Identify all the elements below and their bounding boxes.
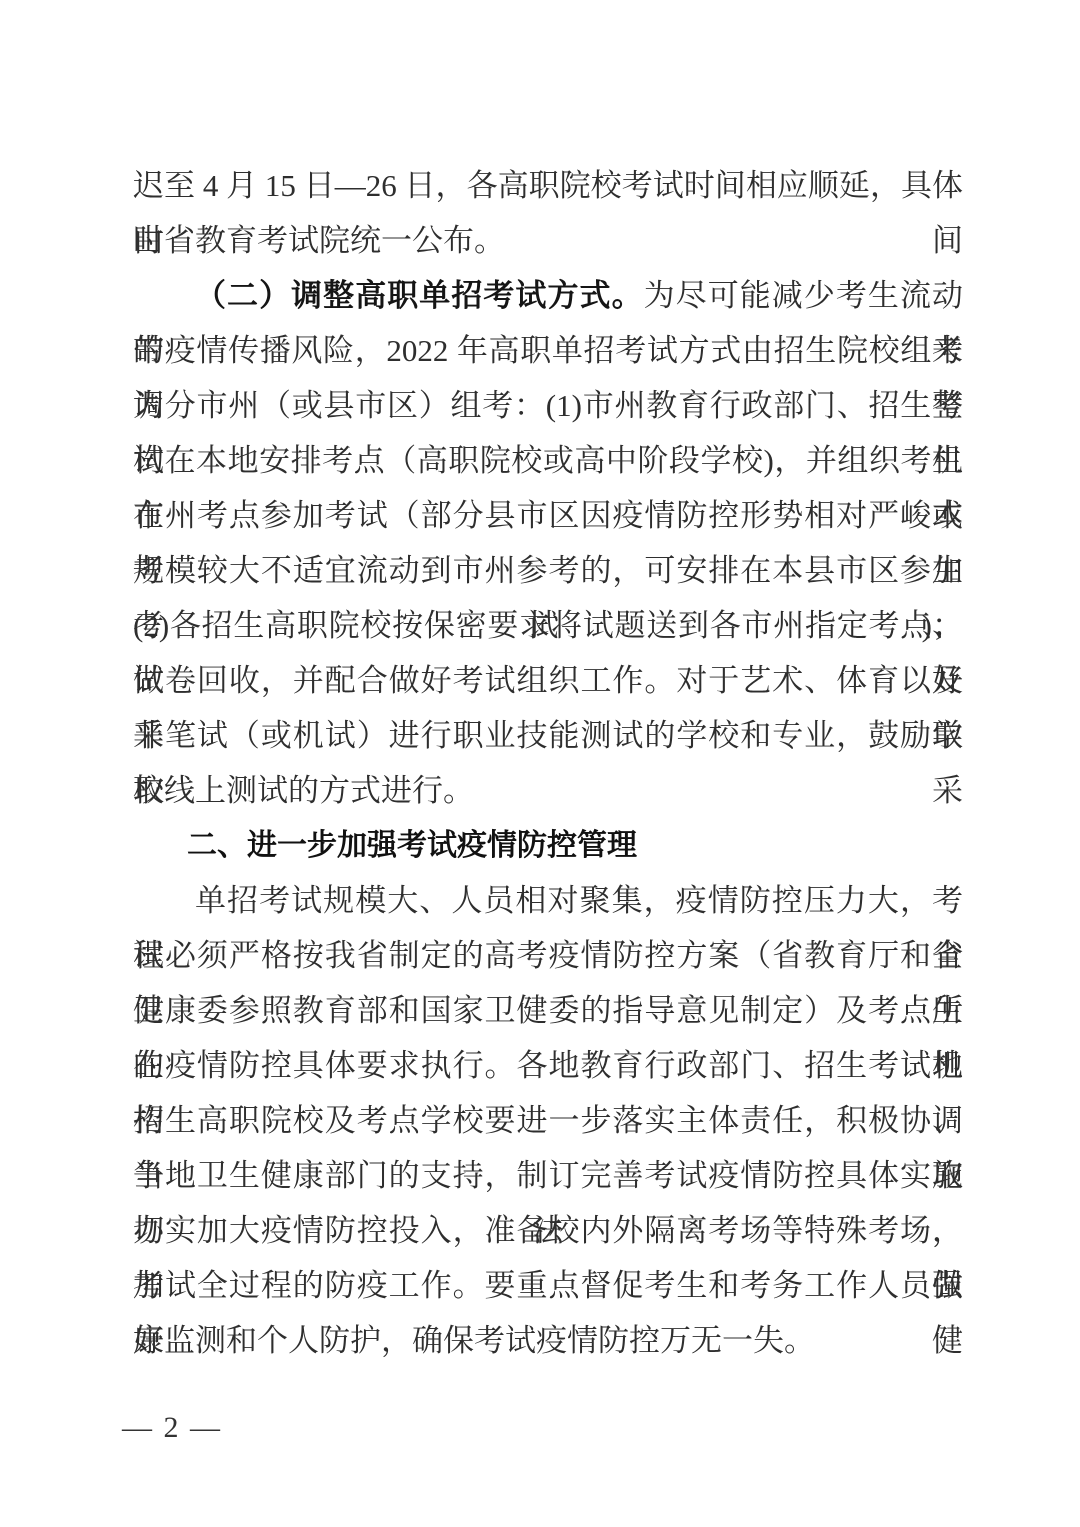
document-body: 迟至 4 月 15 日—26 日，各高职院校考试时间相应顺延，具体时间 由省教育… — [133, 158, 963, 1368]
text-line: 为分市州（或县市区）组考：(1)市州教育行政部门、招生考试机 — [133, 378, 963, 433]
text-line: 当地卫生健康部门的支持，制订完善考试疫情防控具体实施办法， — [133, 1148, 963, 1203]
text-line: 切实加大疫情防控投入，准备校内外隔离考场等特殊考场，加强 — [133, 1203, 963, 1258]
text-line: 招生高职院校及考点学校要进一步落实主体责任，积极协调争取 — [133, 1093, 963, 1148]
text-line: 构在本地安排考点（高职院校或高中阶段学校)，并组织考生在本 — [133, 433, 963, 488]
document-page: 迟至 4 月 15 日—26 日，各高职院校考试时间相应顺延，具体时间 由省教育… — [0, 0, 1080, 1527]
text-line: 非笔试（或机试）进行职业技能测试的学校和专业，鼓励学校采 — [133, 708, 963, 763]
text-line: 迟至 4 月 15 日—26 日，各高职院校考试时间相应顺延，具体时间 — [133, 158, 963, 213]
text-line: 单招考试规模大、人员相对聚集，疫情防控压力大，考试全 — [133, 873, 963, 928]
text-line: 健康委参照教育部和国家卫健委的指导意见制定）及考点所在地 — [133, 983, 963, 1038]
text-line: 试卷回收，并配合做好考试组织工作。对于艺术、体育以及采取 — [133, 653, 963, 708]
page-number: — 2 — — [122, 1408, 222, 1448]
text-line: 规模较大不适宜流动到市州参考的，可安排在本县市区参加考试)； — [133, 543, 963, 598]
text-line: 的疫情防控具体要求执行。各地教育行政部门、招生考试机构、 — [133, 1038, 963, 1093]
text-line: 市州考点参加考试（部分县市区因疫情防控形势相对严峻或考生 — [133, 488, 963, 543]
text-line: 考试全过程的防疫工作。要重点督促考生和考务工作人员做好健 — [133, 1258, 963, 1313]
subheading-bold-run: （二）调整高职单招考试方式。 — [195, 278, 644, 313]
section-heading: 二、进一步加强考试疫情防控管理 — [133, 818, 963, 873]
text-line: 程必须严格按我省制定的高考疫情防控方案（省教育厅和省卫生 — [133, 928, 963, 983]
text-line: (2)各招生高职院校按保密要求将试题送到各市州指定考点、做好 — [133, 598, 963, 653]
text-line: （二）调整高职单招考试方式。为尽可能减少考生流动带来 — [133, 268, 963, 323]
text-line: 的疫情传播风险，2022 年高职单招考试方式由招生院校组考调整 — [133, 323, 963, 378]
